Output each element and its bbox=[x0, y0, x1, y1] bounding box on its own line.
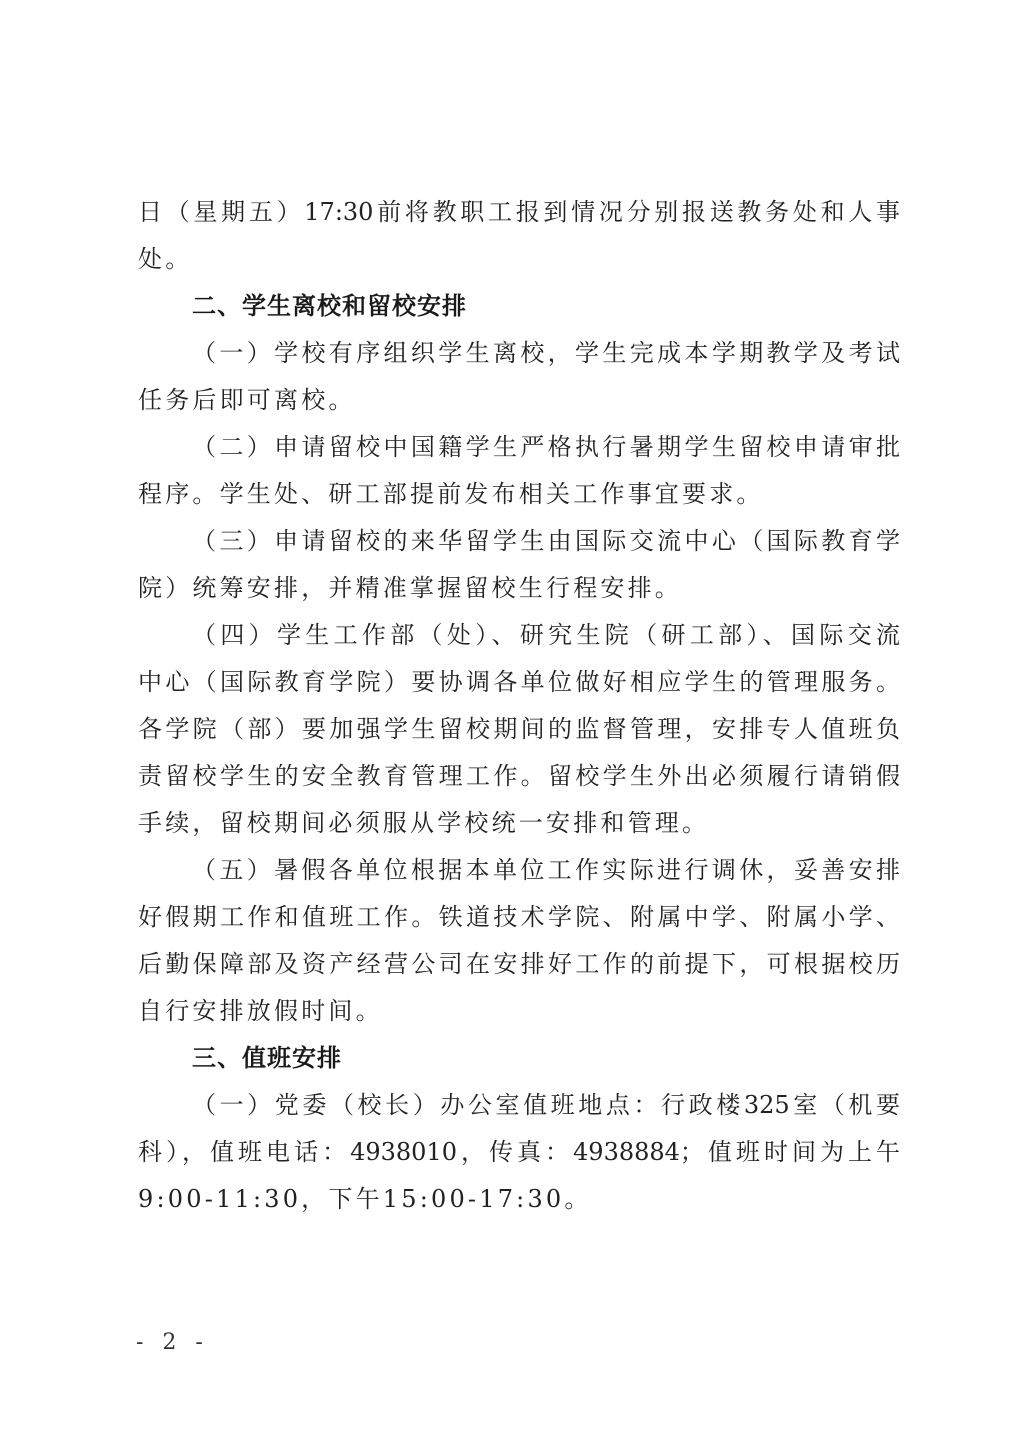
paragraph-line: （二）申请留校中国籍学生严格执行暑期学生留校申请审批 bbox=[138, 424, 900, 471]
paragraph-line: 科），值班电话：4938010，传真：4938884；值班时间为上午 bbox=[138, 1129, 900, 1176]
paragraph-line: 日（星期五）17:30前将教职工报到情况分别报送教务处和人事 bbox=[138, 189, 900, 236]
paragraph-line: 中心（国际教育学院）要协调各单位做好相应学生的管理服务。 bbox=[138, 659, 900, 706]
paragraph-line: 好假期工作和值班工作。铁道技术学院、附属中学、附属小学、 bbox=[138, 894, 900, 941]
paragraph-line: 9:00-11:30，下午15:00-17:30。 bbox=[138, 1176, 900, 1223]
paragraph-line: 程序。学生处、研工部提前发布相关工作事宜要求。 bbox=[138, 471, 900, 518]
paragraph-line: （三）申请留校的来华留学生由国际交流中心（国际教育学 bbox=[138, 518, 900, 565]
paragraph-line: 自行安排放假时间。 bbox=[138, 988, 900, 1035]
paragraph-line: （一）党委（校长）办公室值班地点：行政楼325室（机要 bbox=[138, 1082, 900, 1129]
paragraph-line: （四）学生工作部（处）、研究生院（研工部）、国际交流 bbox=[138, 612, 900, 659]
paragraph-line: 手续，留校期间必须服从学校统一安排和管理。 bbox=[138, 800, 900, 847]
paragraph-line: （五）暑假各单位根据本单位工作实际进行调休，妥善安排 bbox=[138, 847, 900, 894]
paragraph-line: 责留校学生的安全教育管理工作。留校学生外出必须履行请销假 bbox=[138, 753, 900, 800]
paragraph-line: 各学院（部）要加强学生留校期间的监督管理，安排专人值班负 bbox=[138, 706, 900, 753]
section-heading-3: 三、值班安排 bbox=[138, 1035, 900, 1082]
paragraph-line: 处。 bbox=[138, 236, 900, 283]
page-number: - 2 - bbox=[136, 1330, 209, 1355]
paragraph-line: 任务后即可离校。 bbox=[138, 377, 900, 424]
document-page: 日（星期五）17:30前将教职工报到情况分别报送教务处和人事 处。 二、学生离校… bbox=[138, 189, 900, 1223]
paragraph-line: 院）统筹安排，并精准掌握留校生行程安排。 bbox=[138, 565, 900, 612]
paragraph-line: 后勤保障部及资产经营公司在安排好工作的前提下，可根据校历 bbox=[138, 941, 900, 988]
section-heading-2: 二、学生离校和留校安排 bbox=[138, 283, 900, 330]
paragraph-line: （一）学校有序组织学生离校，学生完成本学期教学及考试 bbox=[138, 330, 900, 377]
